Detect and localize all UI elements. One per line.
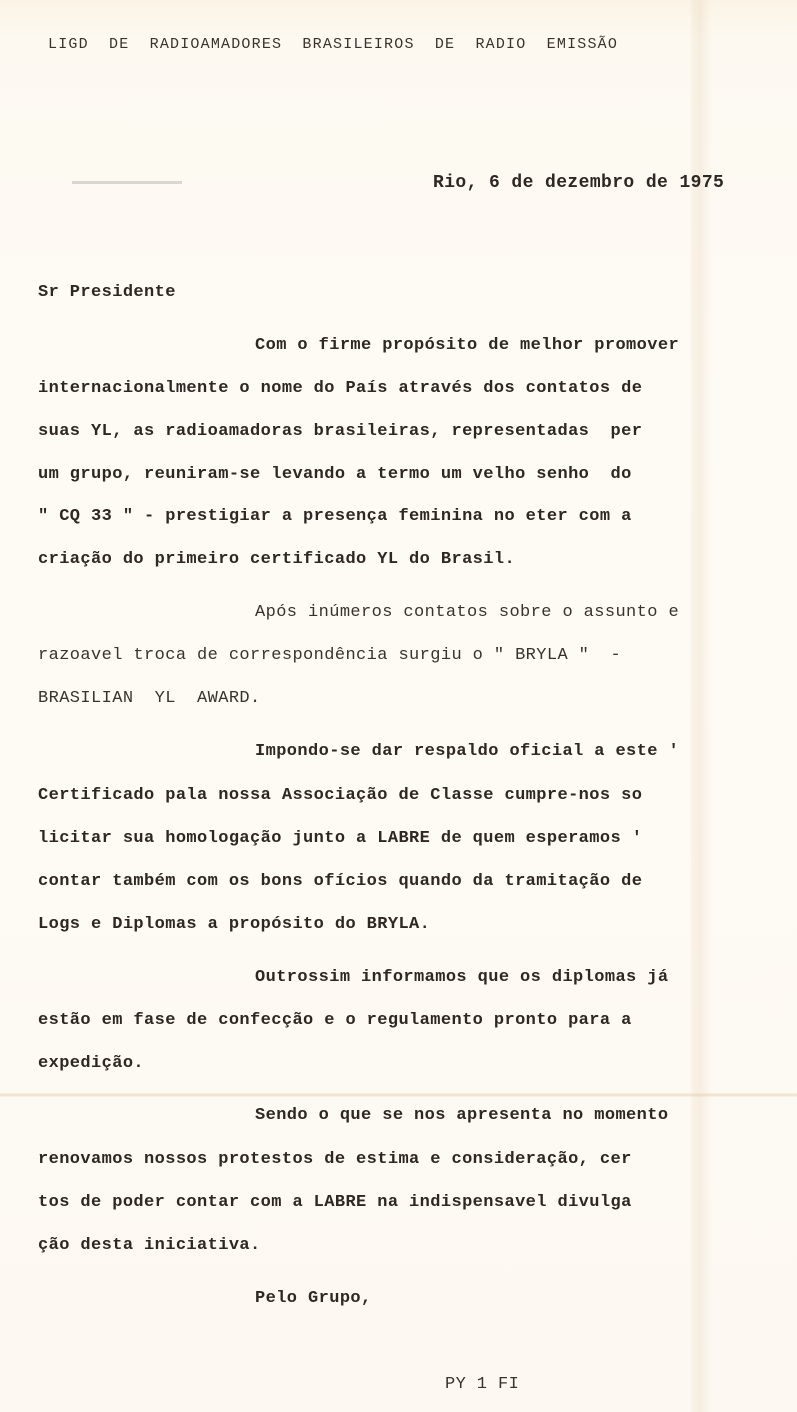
- paragraph-4-line-2: estão em fase de confecção e o regulamen…: [38, 1011, 632, 1030]
- paragraph-5-line-4: ção desta iniciativa.: [38, 1236, 261, 1255]
- paragraph-5-line-1: Sendo o que se nos apresenta no momento: [255, 1106, 668, 1125]
- paragraph-1-line-4: um grupo, reuniram-se levando a termo um…: [38, 465, 632, 484]
- closing: Pelo Grupo,: [255, 1289, 372, 1308]
- paragraph-2-line-1: Após inúmeros contatos sobre o assunto e: [255, 603, 679, 622]
- paragraph-1-line-6: criação do primeiro certificado YL do Br…: [38, 550, 515, 569]
- signature-callsign: PY 1 FI: [445, 1375, 519, 1394]
- paragraph-3-line-2: Certificado pala nossa Associação de Cla…: [38, 786, 642, 805]
- paragraph-4-line-1: Outrossim informamos que os diplomas já: [255, 968, 668, 987]
- paragraph-1-line-3: suas YL, as radioamadoras brasileiras, r…: [38, 422, 642, 441]
- paragraph-4-line-3: expedição.: [38, 1054, 144, 1073]
- paragraph-1-line-1: Com o firme propósito de melhor promover: [255, 336, 679, 355]
- paragraph-5-line-3: tos de poder contar com a LABRE na indis…: [38, 1193, 632, 1212]
- paper-fold-line: [0, 1093, 797, 1097]
- paragraph-3-line-5: Logs e Diplomas a propósito do BRYLA.: [38, 915, 430, 934]
- letterhead: LIGD DE RADIOAMADORES BRASILEIROS DE RAD…: [48, 36, 618, 53]
- paragraph-1-line-5: " CQ 33 " - prestigiar a presença femini…: [38, 507, 632, 526]
- letter-date: Rio, 6 de dezembro de 1975: [433, 173, 724, 193]
- paragraph-2-line-3: BRASILIAN YL AWARD.: [38, 689, 261, 708]
- paragraph-3-line-4: contar também com os bons ofícios quando…: [38, 872, 642, 891]
- paragraph-1-line-2: internacionalmente o nome do País atravé…: [38, 379, 642, 398]
- paragraph-3-line-1: Impondo-se dar respaldo oficial a este ': [255, 742, 679, 761]
- paragraph-5-line-2: renovamos nossos protestos de estima e c…: [38, 1150, 632, 1169]
- paragraph-2-line-2: razoavel troca de correspondência surgiu…: [38, 646, 621, 665]
- salutation: Sr Presidente: [38, 283, 176, 302]
- ink-smudge: [72, 181, 182, 184]
- paragraph-3-line-3: licitar sua homologação junto a LABRE de…: [38, 829, 642, 848]
